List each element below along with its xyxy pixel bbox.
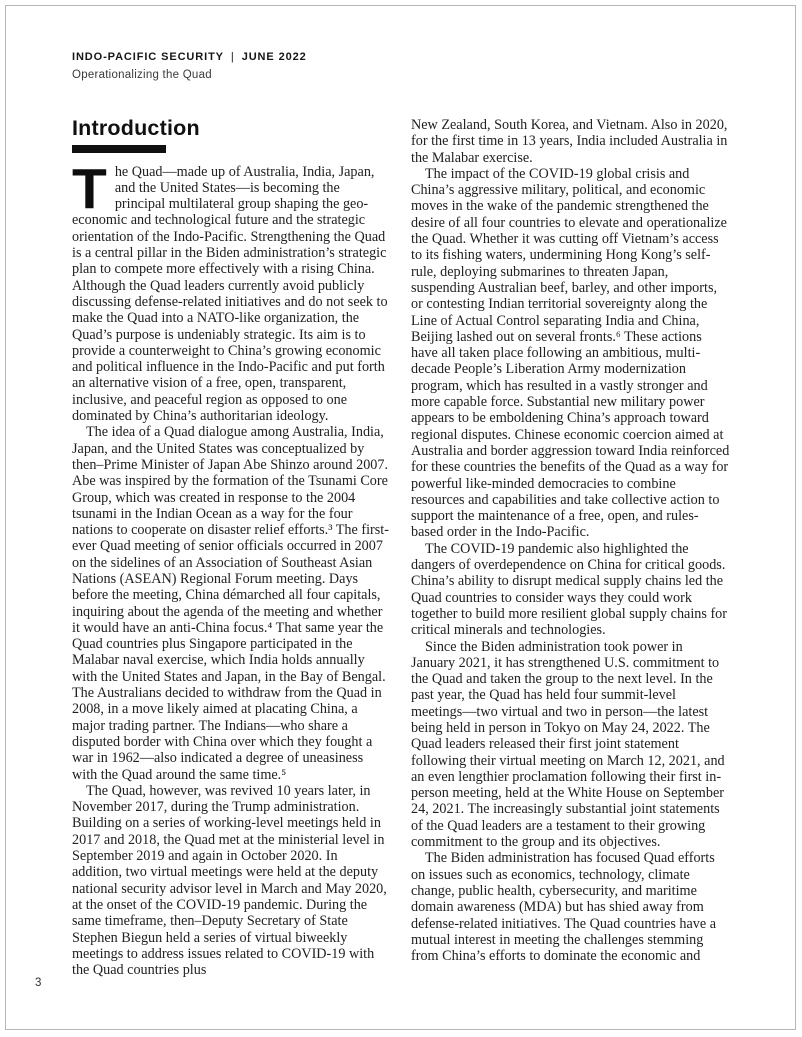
left-column: Introduction The Quad—made up of Austral… (72, 117, 391, 978)
report-subtitle: Operationalizing the Quad (72, 69, 732, 81)
drop-cap: T (72, 164, 115, 212)
kicker-series-title: INDO-PACIFIC SECURITY (72, 51, 224, 63)
section-heading: Introduction (72, 117, 391, 140)
paragraph: The Biden administration has focused Qua… (411, 850, 730, 964)
intro-paragraph-text: he Quad—made up of Australia, India, Jap… (72, 164, 388, 424)
kicker-issue-date: JUNE 2022 (242, 51, 307, 63)
paragraph: The idea of a Quad dialogue among Austra… (72, 424, 391, 783)
article-body: Introduction The Quad—made up of Austral… (72, 117, 730, 978)
kicker-divider: | (231, 51, 235, 63)
paragraph: The impact of the COVID-19 global crisis… (411, 166, 730, 541)
paragraph-continuation: New Zealand, South Korea, and Vietnam. A… (411, 117, 730, 166)
paragraph: The Quad, however, was revived 10 years … (72, 783, 391, 979)
intro-paragraph: The Quad—made up of Australia, India, Ja… (72, 164, 391, 425)
paragraph: Since the Biden administration took powe… (411, 639, 730, 851)
right-column: New Zealand, South Korea, and Vietnam. A… (411, 117, 730, 978)
page-header: INDO-PACIFIC SECURITY|JUNE 2022 Operatio… (72, 51, 732, 81)
page-number: 3 (35, 977, 41, 989)
heading-rule (72, 145, 166, 153)
paragraph: The COVID-19 pandemic also highlighted t… (411, 541, 730, 639)
report-kicker: INDO-PACIFIC SECURITY|JUNE 2022 (72, 51, 732, 63)
